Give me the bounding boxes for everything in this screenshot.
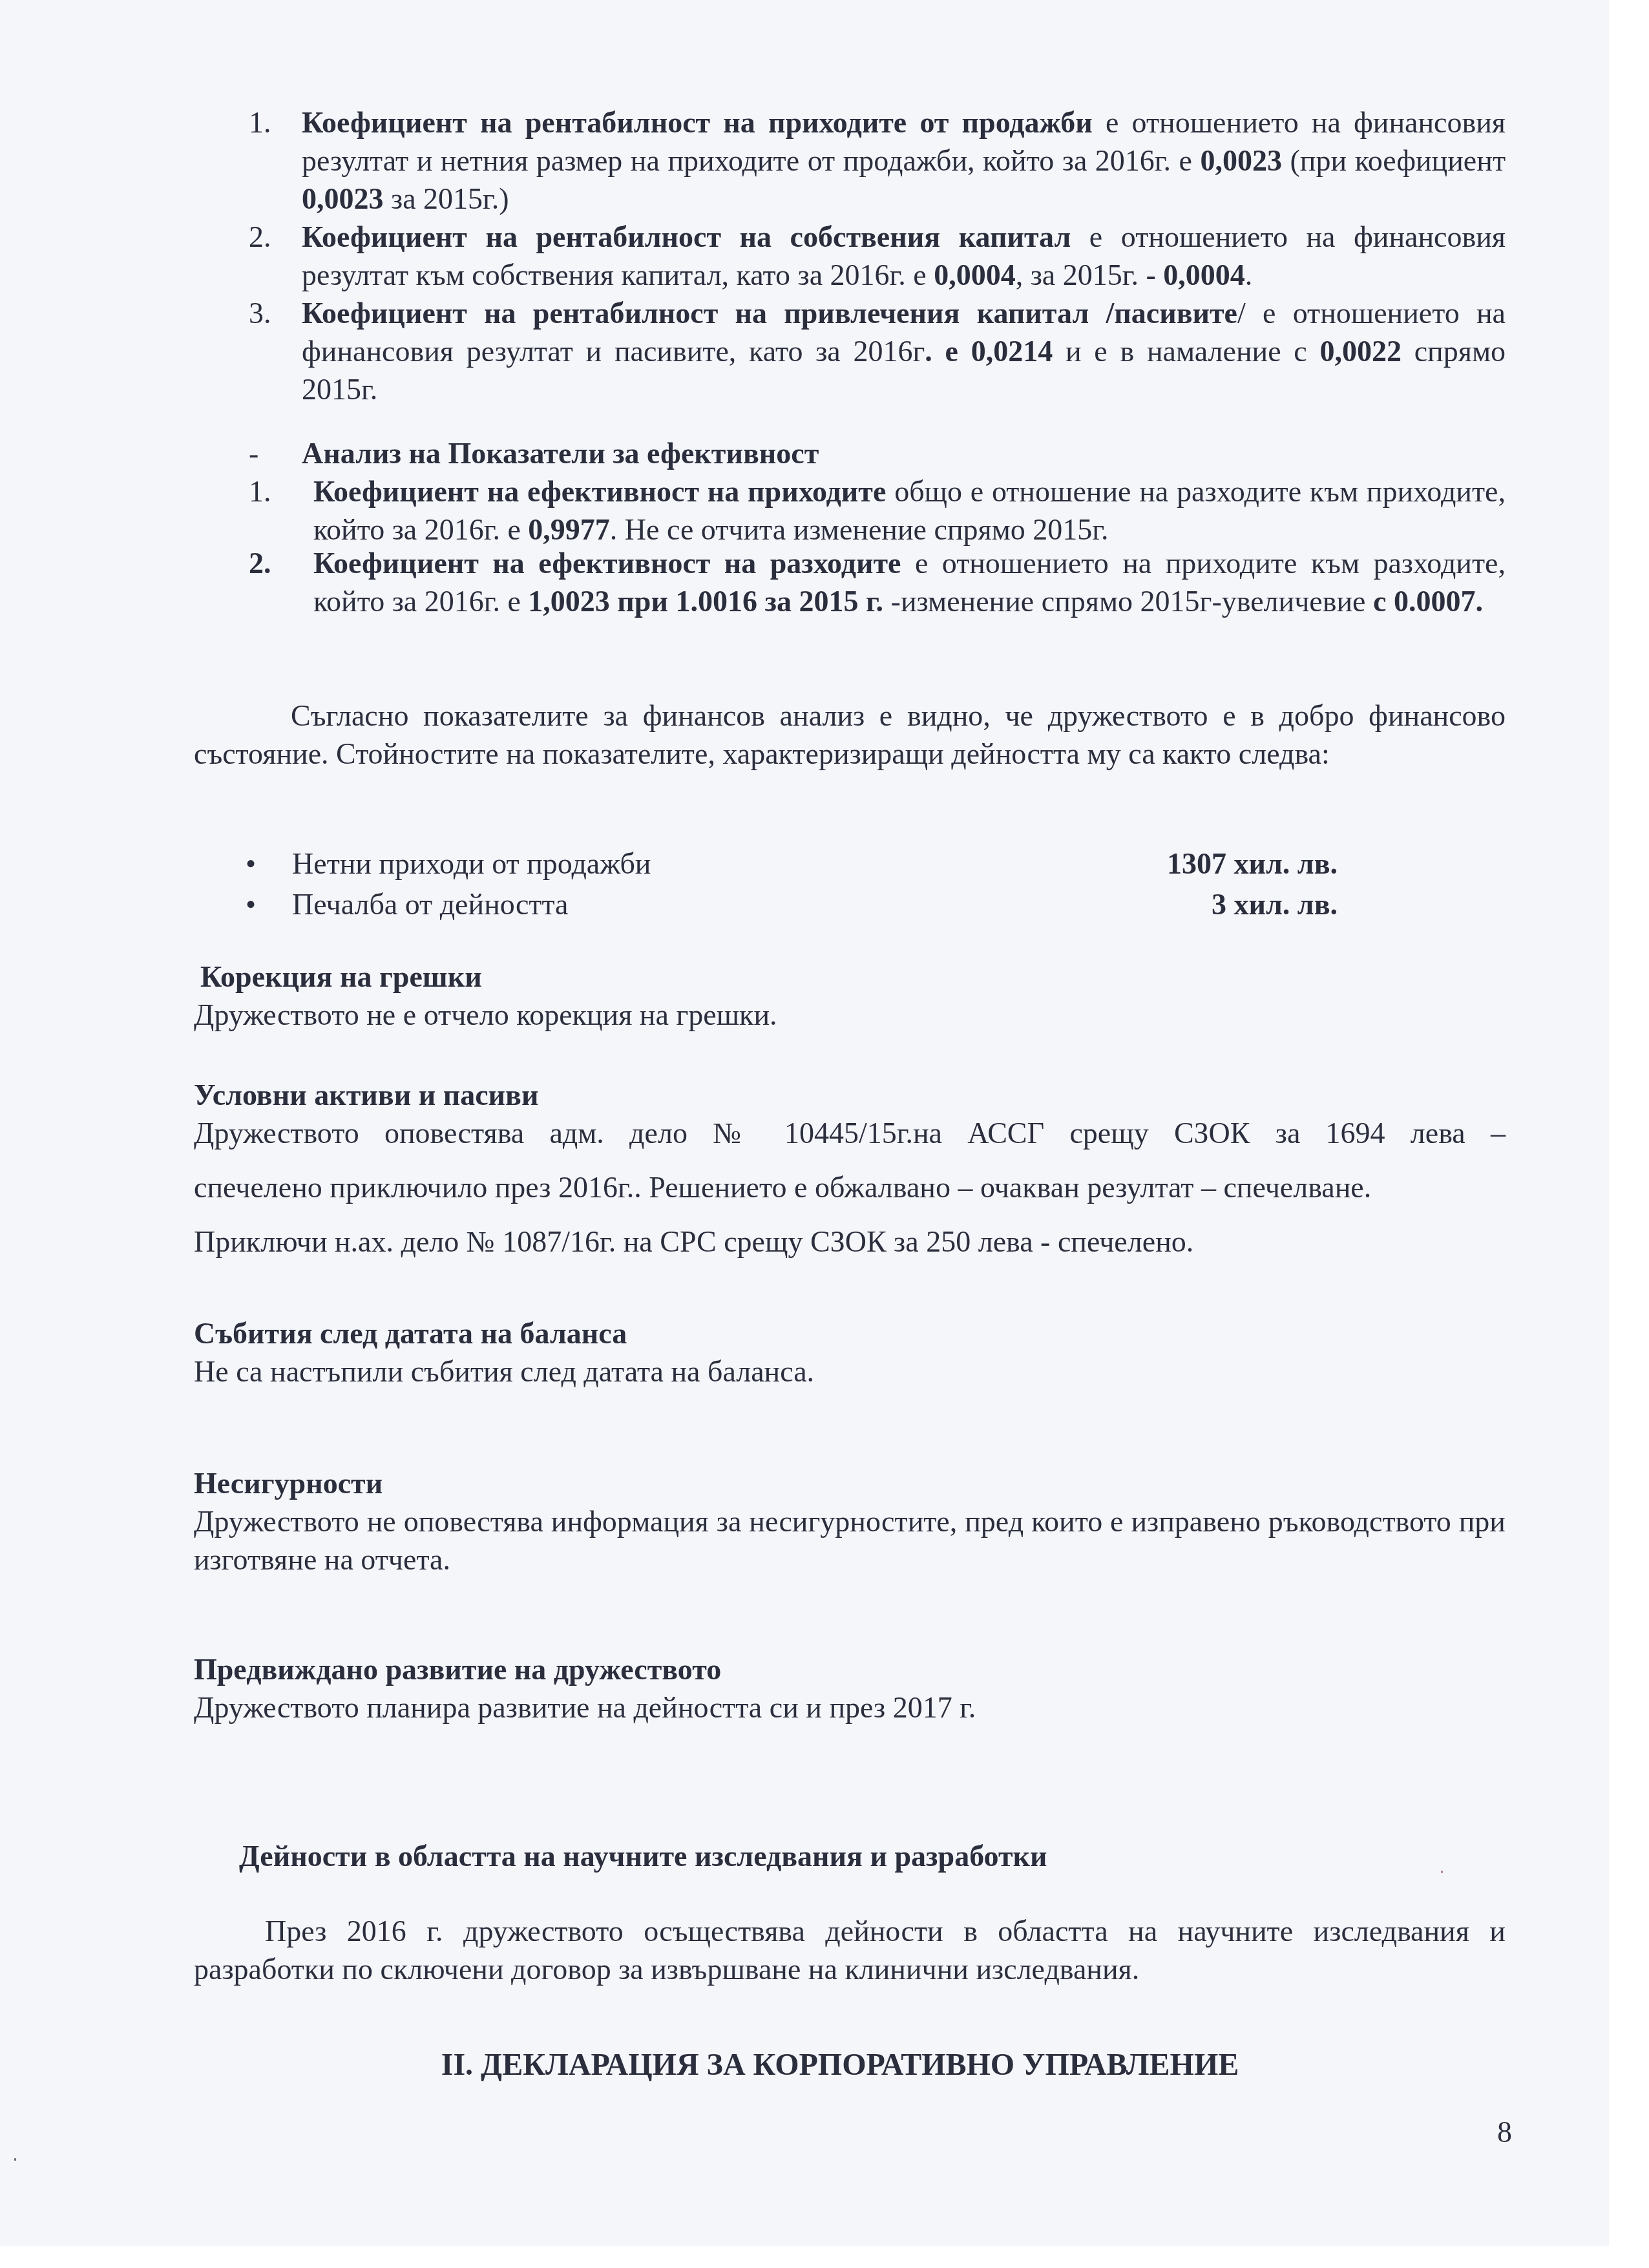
efficiency-item-2: 2. Коефициент на ефективност на разходит… xyxy=(249,544,1506,620)
section-heading-uncertainty: Несигурности xyxy=(194,1464,1506,1502)
item-value: 1,0023 при 1.0016 за 2015 г. xyxy=(528,585,883,618)
section-heading-research: Дейности в областта на научните изследва… xyxy=(239,1837,1551,1875)
profitability-item-1: 1. Коефициент на рентабилност на приходи… xyxy=(249,103,1506,218)
item-value: 0,0023 xyxy=(1201,144,1283,177)
section-heading-contingent: Условни активи и пасиви xyxy=(194,1076,1506,1114)
item-number: 2. xyxy=(249,544,294,582)
bullet-value: 3 хил. лв. xyxy=(1212,885,1338,923)
item-number: 1. xyxy=(249,103,294,142)
scan-speck xyxy=(14,2158,16,2161)
item-value: . е 0,0214 xyxy=(925,335,1053,368)
item-title: Коефициент на ефективност на приходите xyxy=(313,475,886,508)
scanned-page: 1. Коефициент на рентабилност на приходи… xyxy=(0,0,1609,2246)
summary-paragraph: Съгласно показателите за финансов анализ… xyxy=(194,697,1506,773)
item-value: 0,0004 xyxy=(934,258,1016,291)
section-text-uncertainty: Дружеството не оповестява информация за … xyxy=(194,1502,1506,1579)
section-text-events: Не са настъпили събития след датата на б… xyxy=(194,1352,1506,1391)
item-title: Коефициент на рентабилност на собствения… xyxy=(302,220,1071,253)
item-number: 3. xyxy=(249,294,294,332)
bullet-net-revenue: • Нетни приходи от продажби 1307 хил. лв… xyxy=(239,845,1338,883)
item-title: Коефициент на ефективност на разходите xyxy=(313,547,901,580)
bullet-value: 1307 хил. лв. xyxy=(1167,845,1338,883)
bullet-label: Печалба от дейността xyxy=(292,885,569,923)
section-heading-development: Предвиждано развитие на дружеството xyxy=(194,1650,1506,1688)
profitability-item-3: 3. Коефициент на рентабилност на привлеч… xyxy=(249,294,1506,408)
section-text-contingent-line3: Приключи н.ах. дело № 1087/16г. на СРС с… xyxy=(194,1223,1506,1261)
section-text-development: Дружеството планира развитие на дейностт… xyxy=(194,1688,1506,1727)
item-value: - 0,0004 xyxy=(1146,258,1245,291)
declaration-heading: II. ДЕКЛАРАЦИЯ ЗА КОРПОРАТИВНО УПРАВЛЕНИ… xyxy=(246,2046,1434,2084)
bullet-profit: • Печалба от дейността 3 хил. лв. xyxy=(239,885,1338,923)
section-text-contingent-line1: Дружеството оповестява адм. дело № 10445… xyxy=(194,1114,1506,1152)
section-heading-errors: Корекция на грешки xyxy=(200,958,1512,996)
section-text-research: През 2016 г. дружеството осъществява дей… xyxy=(194,1912,1506,1988)
item-value: 0,0022 xyxy=(1319,335,1402,368)
section-heading-events: Събития след датата на баланса xyxy=(194,1314,1506,1352)
item-value: с 0.0007. xyxy=(1373,585,1483,618)
efficiency-heading-text: Анализ на Показатели за ефективност xyxy=(302,434,819,472)
item-value: 0,9977 xyxy=(528,513,610,546)
bullet-icon: • xyxy=(246,845,256,883)
bullet-label: Нетни приходи от продажби xyxy=(292,845,651,883)
section-text-contingent-line2: спечелено приключило през 2016г.. Решени… xyxy=(194,1168,1506,1206)
scan-speck xyxy=(1441,1871,1443,1873)
item-number: 2. xyxy=(249,218,294,256)
item-value: 0,0023 xyxy=(302,182,384,215)
bullet-icon: • xyxy=(246,885,256,923)
efficiency-item-1: 1. Коефициент на ефективност на приходит… xyxy=(249,472,1506,549)
page-number: 8 xyxy=(1480,2113,1512,2151)
dash-marker: - xyxy=(249,434,288,472)
item-title: Коефициент на рентабилност на приходите … xyxy=(302,106,1093,139)
profitability-item-2: 2. Коефициент на рентабилност на собстве… xyxy=(249,218,1506,294)
item-number: 1. xyxy=(249,472,294,510)
efficiency-heading: - Анализ на Показатели за ефективност xyxy=(249,434,819,472)
section-text-errors: Дружеството не е отчело корекция на греш… xyxy=(194,996,1506,1034)
item-title: Коефициент на рентабилност на привлечени… xyxy=(302,297,1237,330)
